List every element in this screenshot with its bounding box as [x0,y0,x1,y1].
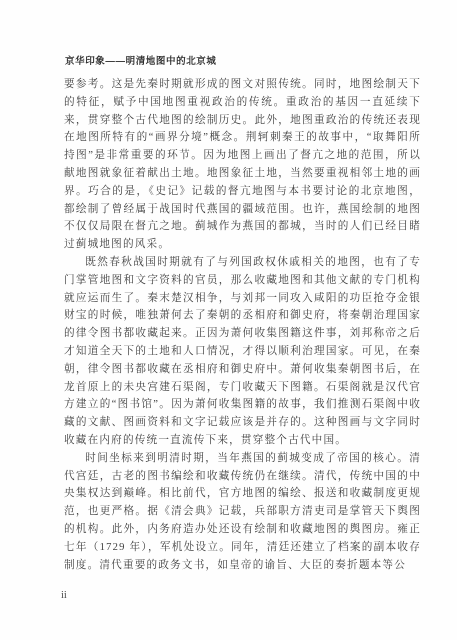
paragraph-2: 既然春秋战国时期就有了与列国政权休戚相关的地图，也有了专门掌管地图和文字资料的官… [64,254,421,450]
book-page: 京华印象——明清地图中的北京城 要参考。这是先秦时期就形成的图文对照传统。同时，… [0,0,457,640]
paragraph-continued: 要参考。这是先秦时期就形成的图文对照传统。同时，地图绘制天下的特征，赋予中国地图… [64,76,421,254]
running-head-title: 京华印象——明清地图中的北京城 [65,53,217,67]
paragraph-3: 时间坐标来到明清时期，当年燕国的蓟城变成了帝国的核心。清代宫廷，古老的图书编绘和… [64,450,421,575]
page-number: ii [61,590,67,601]
body-text: 要参考。这是先秦时期就形成的图文对照传统。同时，地图绘制天下的特征，赋予中国地图… [64,76,421,574]
